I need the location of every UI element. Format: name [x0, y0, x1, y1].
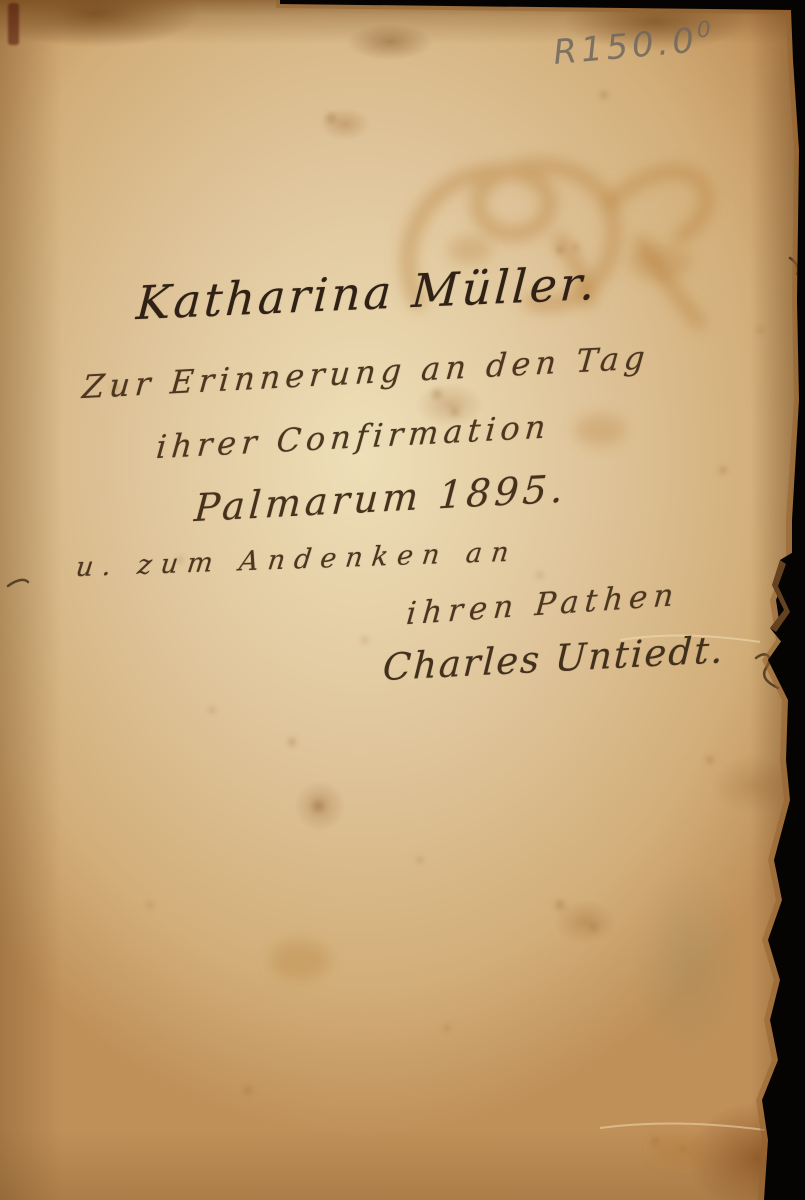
- price-superscript: 0: [696, 17, 716, 43]
- corner-red-mark: [8, 3, 19, 45]
- book-flyleaf-photo: R150.00 Katharina Müller. Zur Erinnerung…: [0, 0, 805, 1200]
- aged-paper-page: [0, 0, 805, 1200]
